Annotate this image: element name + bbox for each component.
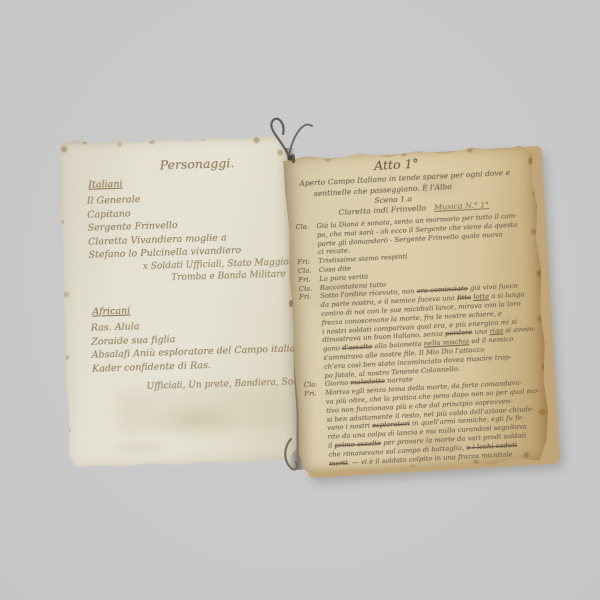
section-heading: Africani (92, 304, 130, 319)
dialogue-entry: Fri.Sotto l'ordine ricevuto, non era com… (299, 281, 541, 381)
cast-note: Ufficiali, Un prete, Bandiera, Soldati A… (146, 377, 284, 394)
cast-section: AfricaniRas. AlulaZoraide sua figliaAbsa… (88, 297, 285, 395)
left-page-content: Personaggi. ItalianiIl GeneraleCapitanoS… (57, 132, 299, 469)
speaker-label: Cla. (295, 223, 309, 232)
binding-wire-icon (281, 437, 305, 475)
music-note: Musica N.° 1° (434, 200, 489, 212)
photo-canvas: Personaggi. ItalianiIl GeneraleCapitanoS… (0, 0, 600, 600)
speaker-label: Fri. (299, 293, 312, 302)
dialogue-entry: Fri.Moriva egli senza tema della morte, … (304, 378, 546, 470)
speaker-label: Fri. (304, 390, 317, 399)
right-page: Atto 1° Aperto Campo Italiano in tende s… (282, 142, 553, 477)
left-page-sections: ItalianiIl GeneraleCapitanoSergente Frin… (84, 170, 285, 395)
right-page-content: Atto 1° Aperto Campo Italiano in tende s… (282, 142, 553, 477)
stitch-mark (289, 300, 293, 307)
cast-note: Tromba e Banda Militare (171, 269, 281, 285)
dialogue-block: Cla.Già la Diana è sonata, sento un morm… (295, 211, 546, 469)
left-page: Personaggi. ItalianiIl GeneraleCapitanoS… (57, 132, 299, 469)
cast-section: ItalianiIl GeneraleCapitanoSergente Frin… (84, 170, 281, 287)
binding-thread-icon (256, 96, 320, 168)
section-heading: Italiani (88, 177, 123, 192)
